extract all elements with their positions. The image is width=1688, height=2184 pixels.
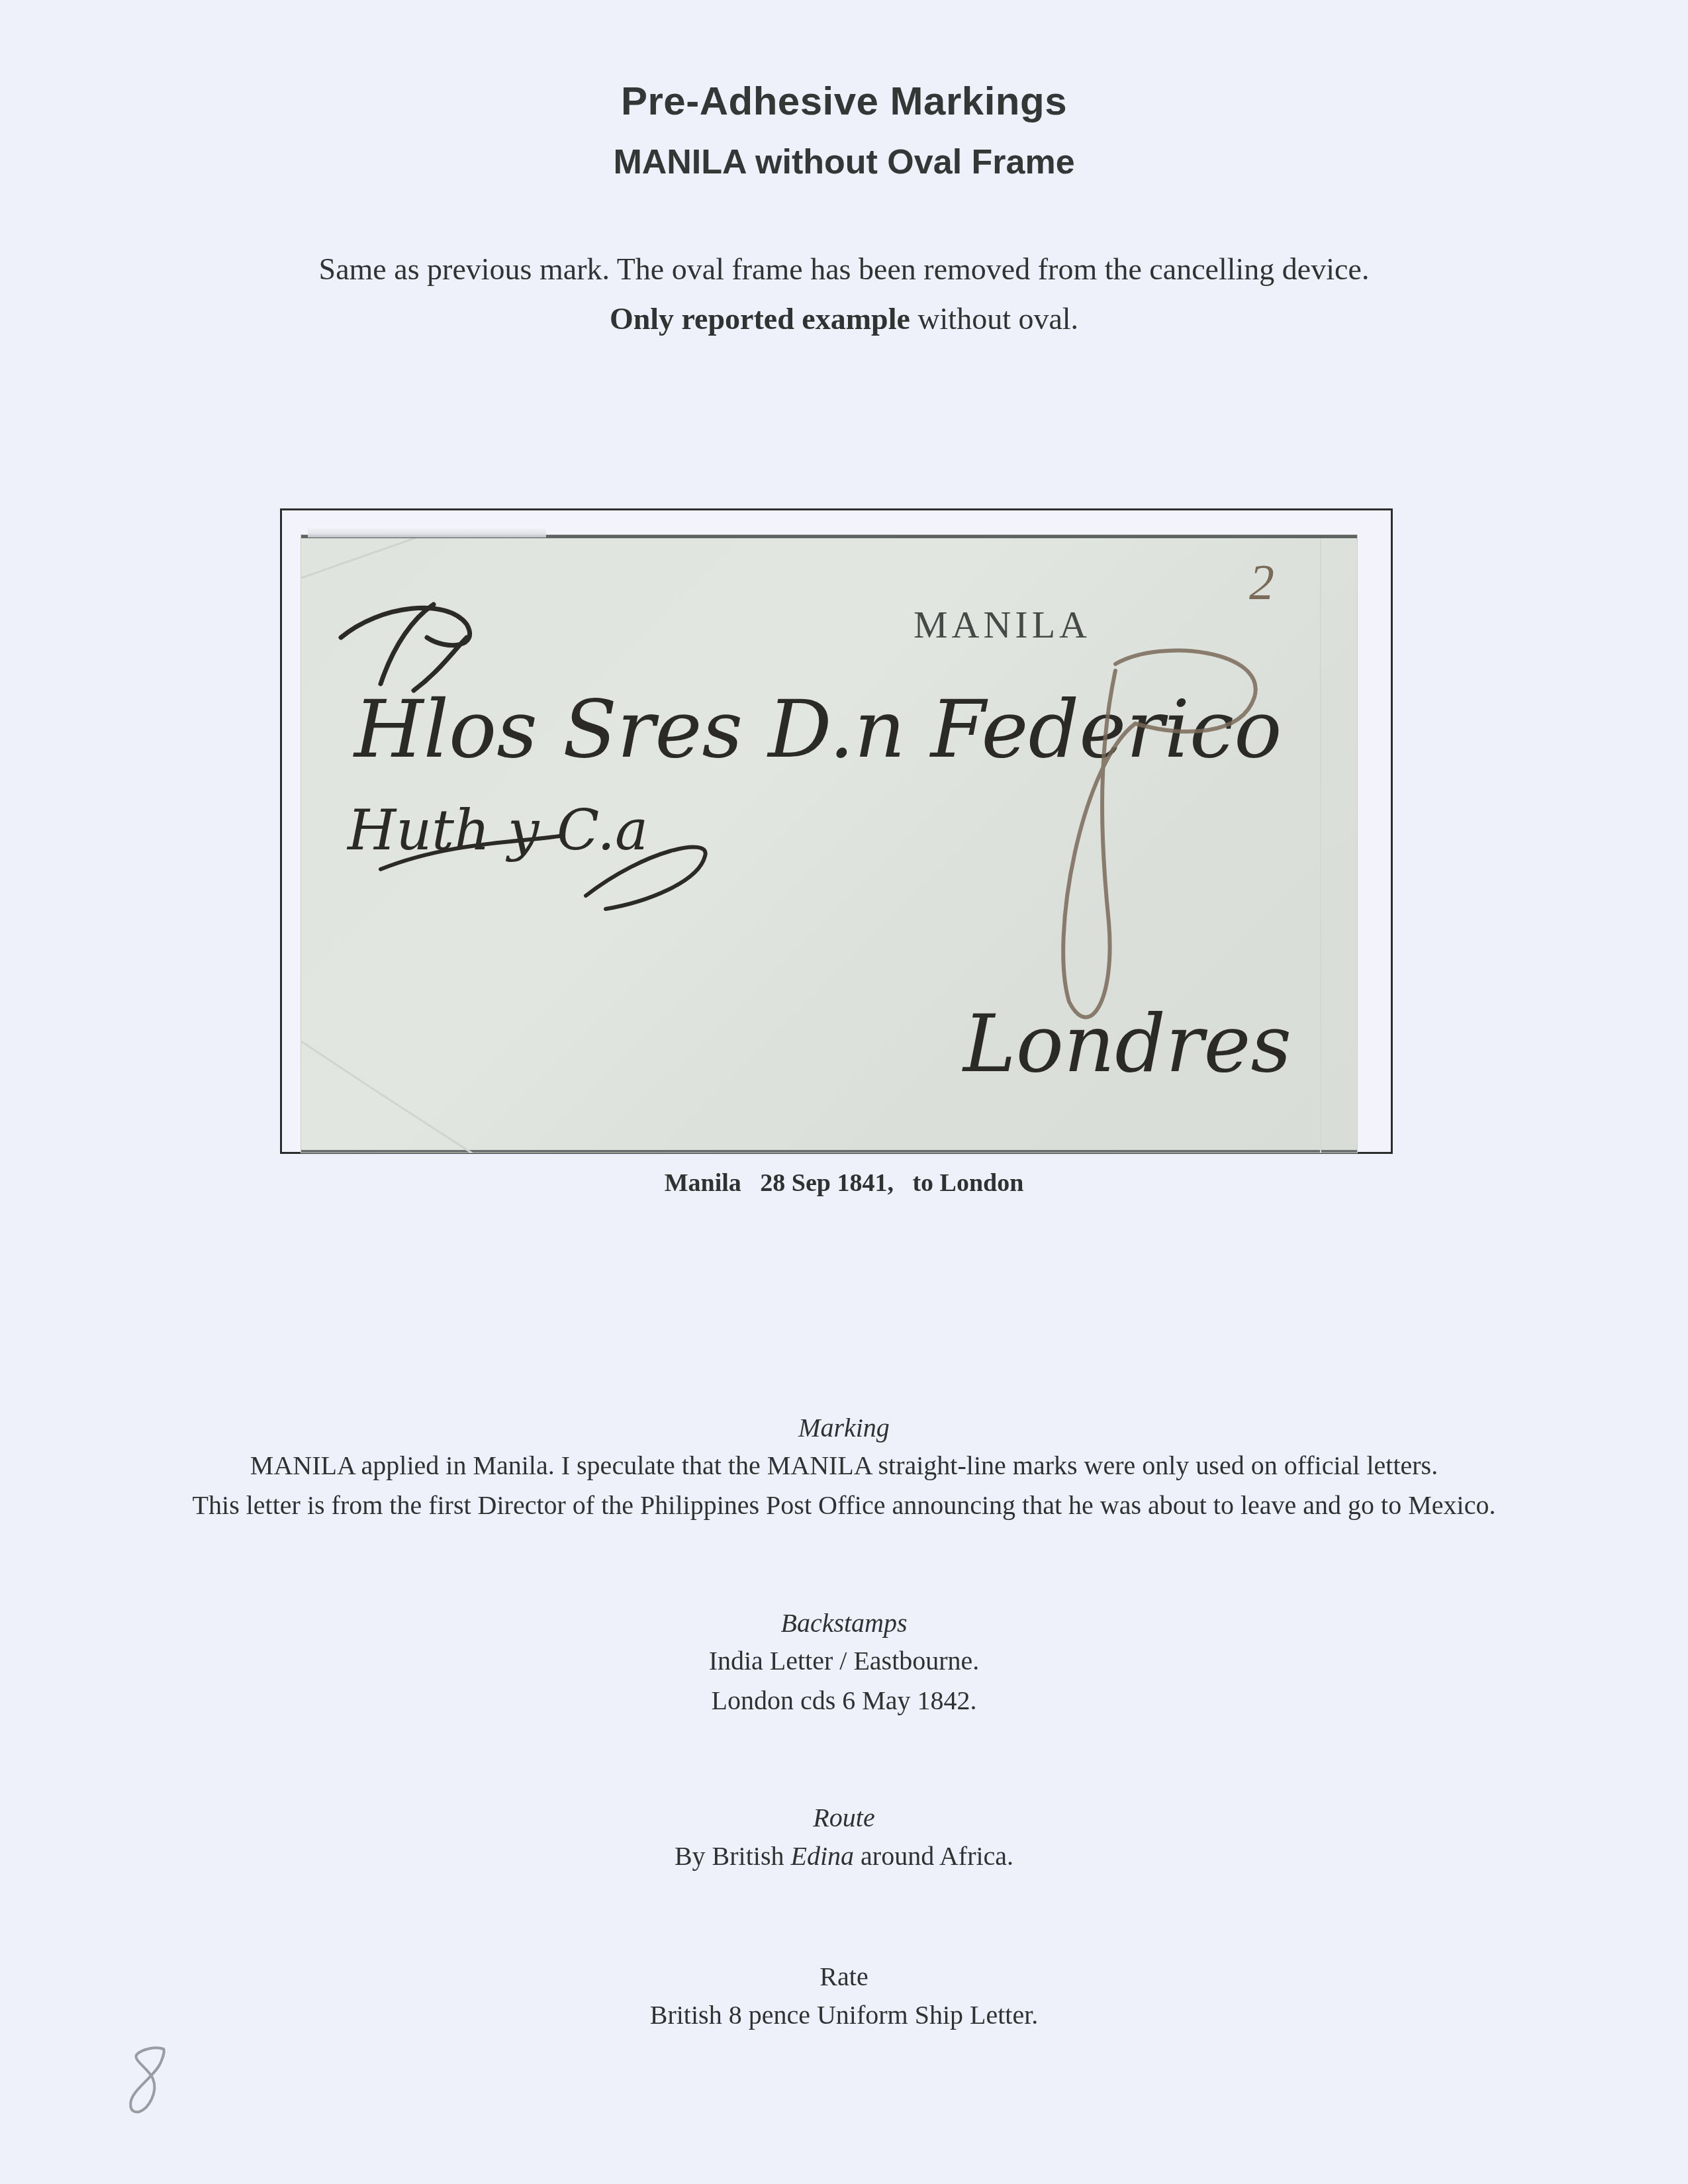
address-line-2: Huth y C.a	[346, 798, 648, 863]
rate-mark: 2	[1249, 555, 1274, 610]
section-heading-rate: Rate	[0, 1961, 1688, 1992]
cover-caption: Manila 28 Sep 1841, to London	[0, 1168, 1688, 1198]
backstamps-line-1: India Letter / Eastbourne.	[0, 1645, 1688, 1676]
marking-line-2: This letter is from the first Director o…	[0, 1490, 1688, 1521]
description-line-1: Same as previous mark. The oval frame ha…	[0, 252, 1688, 287]
address-line-1: Hlos Sres D.n Federico	[353, 684, 1282, 776]
cover-image: MANILA 2 Hlos Sres D.n Federico Huth y C…	[301, 535, 1357, 1153]
section-heading-marking: Marking	[0, 1412, 1688, 1443]
description-rest: without oval.	[910, 302, 1078, 336]
description-line-2: Only reported example without oval.	[0, 301, 1688, 336]
cover-handwriting-illustration: MANILA 2 Hlos Sres D.n Federico Huth y C…	[301, 538, 1357, 1153]
marking-line-1: MANILA applied in Manila. I speculate th…	[0, 1450, 1688, 1481]
route-prefix: By British	[675, 1841, 791, 1871]
page-number-pencil: 8	[122, 2042, 175, 2122]
route-line-1: By British Edina around Africa.	[0, 1840, 1688, 1872]
page-title: Pre-Adhesive Markings	[0, 78, 1688, 124]
rate-line-1: British 8 pence Uniform Ship Letter.	[0, 1999, 1688, 2030]
description-emphasis: Only reported example	[610, 302, 910, 336]
section-heading-backstamps: Backstamps	[0, 1607, 1688, 1638]
route-suffix: around Africa.	[854, 1841, 1013, 1871]
manila-postmark: MANILA	[914, 603, 1091, 646]
destination: Londres	[962, 998, 1291, 1090]
section-heading-route: Route	[0, 1802, 1688, 1833]
ship-name: Edina	[791, 1841, 855, 1871]
mounting-tape	[308, 526, 546, 538]
page-number: 8	[122, 2042, 123, 2043]
page-subtitle: MANILA without Oval Frame	[0, 142, 1688, 182]
backstamps-line-2: London cds 6 May 1842.	[0, 1685, 1688, 1716]
